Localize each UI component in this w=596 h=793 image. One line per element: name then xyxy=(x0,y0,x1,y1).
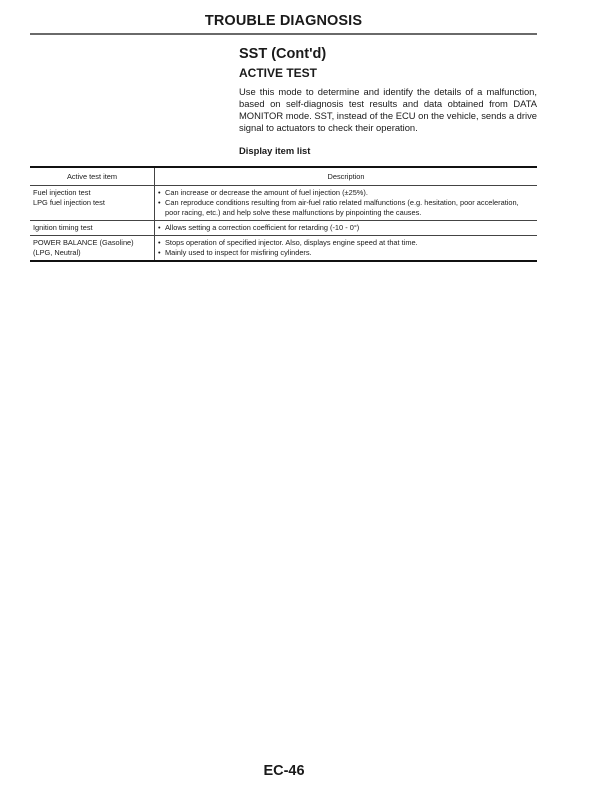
column-header-description: Description xyxy=(155,167,538,186)
active-test-item-cell: POWER BALANCE (Gasoline) (LPG, Neutral) xyxy=(30,236,155,262)
item-ignition-timing-test: Ignition timing test xyxy=(33,223,151,233)
table-row: Fuel injection test LPG fuel injection t… xyxy=(30,186,537,221)
description-cell: •Allows setting a correction coefficient… xyxy=(155,221,538,236)
description-cell: •Can increase or decrease the amount of … xyxy=(155,186,538,221)
table-row: Ignition timing test •Allows setting a c… xyxy=(30,221,537,236)
description-bullet: •Allows setting a correction coefficient… xyxy=(158,223,534,233)
description-bullet: •Stops operation of specified injector. … xyxy=(158,238,534,248)
table-row: POWER BALANCE (Gasoline) (LPG, Neutral) … xyxy=(30,236,537,262)
bullet-icon: • xyxy=(158,198,161,208)
description-text: Can increase or decrease the amount of f… xyxy=(165,188,368,197)
item-fuel-injection-test: Fuel injection test xyxy=(33,188,151,198)
description-bullet: •Can reproduce conditions resulting from… xyxy=(158,198,534,218)
active-test-item-cell: Ignition timing test xyxy=(30,221,155,236)
bullet-icon: • xyxy=(158,188,161,198)
display-item-list-title: Display item list xyxy=(239,145,537,157)
section-subtitle: ACTIVE TEST xyxy=(239,66,537,81)
description-cell: •Stops operation of specified injector. … xyxy=(155,236,538,262)
item-power-balance-note: (LPG, Neutral) xyxy=(33,248,151,258)
description-text: Stops operation of specified injector. A… xyxy=(165,238,418,247)
header-rule xyxy=(30,33,537,35)
description-text: Mainly used to inspect for misfiring cyl… xyxy=(165,248,312,257)
description-bullet: •Mainly used to inspect for misfiring cy… xyxy=(158,248,534,258)
table-header-row: Active test item Description xyxy=(30,167,537,186)
section-title: SST (Cont'd) xyxy=(239,45,537,63)
description-text: Allows setting a correction coefficient … xyxy=(165,223,359,232)
section-body: Use this mode to determine and identify … xyxy=(239,86,537,134)
active-test-item-cell: Fuel injection test LPG fuel injection t… xyxy=(30,186,155,221)
active-test-section: SST (Cont'd) ACTIVE TEST Use this mode t… xyxy=(239,45,537,157)
item-lpg-fuel-injection-test: LPG fuel injection test xyxy=(33,198,151,208)
item-power-balance: POWER BALANCE (Gasoline) xyxy=(33,238,151,248)
description-text: Can reproduce conditions resulting from … xyxy=(165,198,519,217)
bullet-icon: • xyxy=(158,238,161,248)
page-number: EC-46 xyxy=(0,763,568,779)
display-item-table: Active test item Description Fuel inject… xyxy=(30,166,537,262)
column-header-active-test-item: Active test item xyxy=(30,167,155,186)
page-header-title: TROUBLE DIAGNOSIS xyxy=(30,13,537,29)
bullet-icon: • xyxy=(158,223,161,233)
description-bullet: •Can increase or decrease the amount of … xyxy=(158,188,534,198)
bullet-icon: • xyxy=(158,248,161,258)
